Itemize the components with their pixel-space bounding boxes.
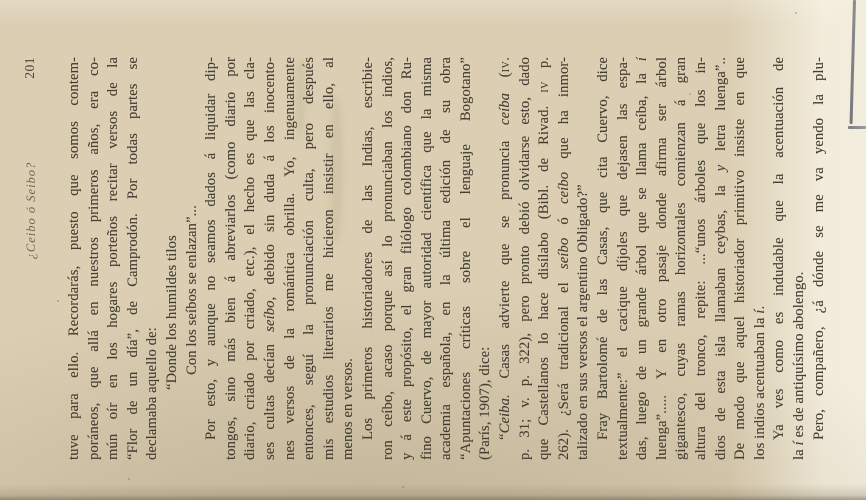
dust-speck: [795, 12, 797, 14]
text-segment: Con los seíbos se enlazan”...: [184, 205, 200, 375]
text-segment: Los primeros historiadores de las Indias…: [360, 57, 376, 440]
text-line: los indios acentuaban la í.: [751, 57, 771, 460]
text-segment: p. 31; v. p. 322), pero pronto debió olv…: [517, 57, 533, 460]
text-segment: nes versos de la romántica obrilla. Yo, …: [282, 57, 298, 460]
text-segment: .: [497, 57, 513, 61]
text-line: Fray Bartolomé de las Casas, que cita Cu…: [594, 57, 614, 460]
text-line: la í es de antiquísimo abolengo.: [790, 57, 810, 460]
text-segment: iv: [536, 81, 552, 93]
text-segment: y: [713, 165, 729, 172]
text-segment: tuve para ello. Recordarás, puesto que s…: [66, 57, 82, 460]
text-line: diario, criado por criado, etc.), el hec…: [241, 57, 261, 460]
text-line: textualmente:” el cacique díjoles que de…: [614, 57, 634, 460]
text-line: poráneos, que allá en nuestros primeros …: [85, 57, 105, 460]
text-segment: Por esto, y aunque no seamos dados á liq…: [203, 57, 219, 440]
text-segment: 262). ¿Será tradicional el: [556, 269, 572, 460]
text-segment: dios de esta isla llamaban ceybas, la: [713, 171, 729, 460]
text-segment: ceíba: [497, 93, 513, 125]
page-header: ¿Ceibo ó Seibo? 201: [22, 57, 40, 460]
text-segment: ó: [556, 204, 572, 238]
text-segment: “Apuntaciones críticas sobre el lenguaje…: [458, 57, 474, 460]
text-line: y á este propósito, el gran filólogo col…: [398, 57, 418, 460]
text-segment: fino Cuervo, de mayor autoridad científi…: [419, 57, 435, 460]
text-segment: í: [752, 310, 768, 314]
page-number: 201: [22, 57, 38, 79]
book-page: ¿Ceibo ó Seibo? 201 tuve para ello. Reco…: [0, 0, 866, 500]
text-segment: í: [791, 441, 807, 445]
text-segment: la: [791, 445, 807, 460]
text-line: Con los seíbos se enlazan”...: [183, 57, 203, 460]
text-segment: luenga”..... Y en otro pasaje donde afir…: [654, 57, 670, 460]
text-line: “Apuntaciones críticas sobre el lenguaje…: [457, 57, 477, 460]
text-segment: seíbo: [262, 300, 278, 331]
text-line: mún oír en los hogares porteños recitar …: [104, 57, 124, 460]
text-segment: letra luenga”..: [713, 57, 729, 165]
text-line: gigantesco, cuyas ramas horizontales com…: [672, 57, 692, 460]
text-segment: ceíbo: [556, 172, 572, 204]
text-line: tuve para ello. Recordarás, puesto que s…: [65, 57, 85, 460]
text-segment: diario, criado por criado, etc.), el hec…: [242, 57, 258, 460]
text-segment: los indios acentuaban la: [752, 314, 768, 460]
text-line: declamaba aquello de:: [143, 57, 163, 460]
text-segment: altura del tronco, repite: ...“unos árbo…: [693, 57, 709, 460]
text-line: ses cultas decían seíbo, debido sin duda…: [261, 57, 281, 460]
text-segment: ron ceíbo, acaso porque así lo pronuncia…: [380, 57, 396, 460]
text-line: menos en versos.: [339, 57, 359, 460]
text-segment: gigantesco, cuyas ramas horizontales com…: [673, 57, 689, 460]
page-edge-shadow: [0, 484, 866, 500]
text-line: altura del tronco, repite: ...“unos árbo…: [692, 57, 712, 460]
text-line: p. 31; v. p. 322), pero pronto debió olv…: [516, 57, 536, 460]
text-segment: .: [752, 306, 768, 310]
text-line: “Ceiba. Casas advierte que se pronuncia …: [496, 57, 516, 460]
text-segment: p.: [536, 57, 552, 81]
text-segment: que ha inmor-: [556, 57, 572, 172]
text-line: 262). ¿Será tradicional el seíbo ó ceíbo…: [555, 57, 575, 460]
text-line: Ya ves como es indudable que la acentuac…: [770, 57, 790, 460]
text-line: ron ceíbo, acaso porque así lo pronuncia…: [379, 57, 399, 460]
text-segment: ses cultas decían: [262, 332, 278, 460]
text-segment: poráneos, que allá en nuestros primeros …: [86, 57, 102, 460]
text-segment: textualmente:” el cacique díjoles que de…: [615, 57, 631, 460]
text-line: fino Cuervo, de mayor autoridad científi…: [418, 57, 438, 460]
text-line: dios de esta isla llamaban ceybas, la y …: [712, 57, 732, 460]
text-line: De modo que aquel historiador primitivo …: [731, 57, 751, 460]
text-segment: menos en versos.: [340, 358, 356, 460]
text-line: que Castellanos lo hace disílabo (Bibl. …: [535, 57, 555, 460]
text-segment: y á este propósito, el gran filólogo col…: [399, 57, 415, 460]
text-line: “Flor de un día”, de Camprodón. Por toda…: [124, 57, 144, 460]
text-segment: talizado en sus versos el argentino Obli…: [575, 184, 591, 460]
text-segment: Fray Bartolomé de las Casas, que cita Cu…: [595, 57, 611, 440]
text-line: Los primeros historiadores de las Indias…: [359, 57, 379, 460]
text-segment: (París, 1907), dice:: [477, 347, 493, 460]
text-segment: academia española, en la última edición …: [438, 57, 454, 460]
text-segment: Ceiba.: [497, 394, 513, 433]
text-segment: (: [497, 72, 513, 93]
text-segment: seíbo: [556, 238, 572, 269]
text-segment: das, luego de un grande árbol que se lla…: [634, 61, 650, 460]
scanned-book-page: ¿Ceibo ó Seibo? 201 tuve para ello. Reco…: [0, 0, 866, 500]
dust-speck: [128, 478, 130, 480]
text-line: “Donde los humildes tilos: [163, 57, 183, 460]
text-segment: Pero, compañero, ¿á dónde se me va yendo…: [811, 57, 827, 440]
text-line: luenga”..... Y en otro pasaje donde afir…: [653, 57, 673, 460]
text-segment: “Flor de un día”, de Camprodón. Por toda…: [125, 57, 141, 460]
text-block: tuve para ello. Recordarás, puesto que s…: [65, 57, 829, 460]
text-segment: mún oír en los hogares porteños recitar …: [105, 57, 121, 460]
ink-bleed-smudge: [330, 95, 343, 245]
text-line: (París, 1907), dice:: [476, 57, 496, 460]
ink-bleed-smudge: [296, 58, 305, 138]
text-segment: Ya ves como es indudable que la acentuac…: [771, 57, 787, 440]
text-segment: í: [634, 57, 650, 61]
text-segment: declamaba aquello de:: [144, 327, 160, 460]
text-line: talizado en sus versos el argentino Obli…: [574, 57, 594, 460]
text-line: academia española, en la última edición …: [437, 57, 457, 460]
dust-speck: [689, 93, 691, 95]
dust-speck: [57, 300, 59, 302]
text-segment: De modo que aquel historiador primitivo …: [732, 57, 748, 460]
text-segment: que Castellanos lo hace disílabo (Bibl. …: [536, 93, 552, 460]
text-segment: iv: [497, 61, 513, 73]
text-segment: es de antiquísimo abolengo.: [791, 272, 807, 442]
text-line: das, luego de un grande árbol que se lla…: [633, 57, 653, 460]
text-segment: “: [497, 433, 513, 440]
text-segment: , debido sin duda á los inocento-: [262, 57, 278, 300]
scan-artifact-line-horizontal: [848, 126, 866, 129]
text-segment: “Donde los humildes tilos: [164, 235, 180, 390]
text-segment: tongos, sino más bien á abreviarlos (com…: [223, 57, 239, 460]
text-line: tongos, sino más bien á abreviarlos (com…: [222, 57, 242, 460]
running-title: ¿Ceibo ó Seibo?: [24, 162, 39, 260]
text-line: Pero, compañero, ¿á dónde se me va yendo…: [810, 57, 830, 460]
text-segment: Casas advierte que se pronuncia: [497, 125, 513, 394]
text-line: Por esto, y aunque no seamos dados á liq…: [202, 57, 222, 460]
